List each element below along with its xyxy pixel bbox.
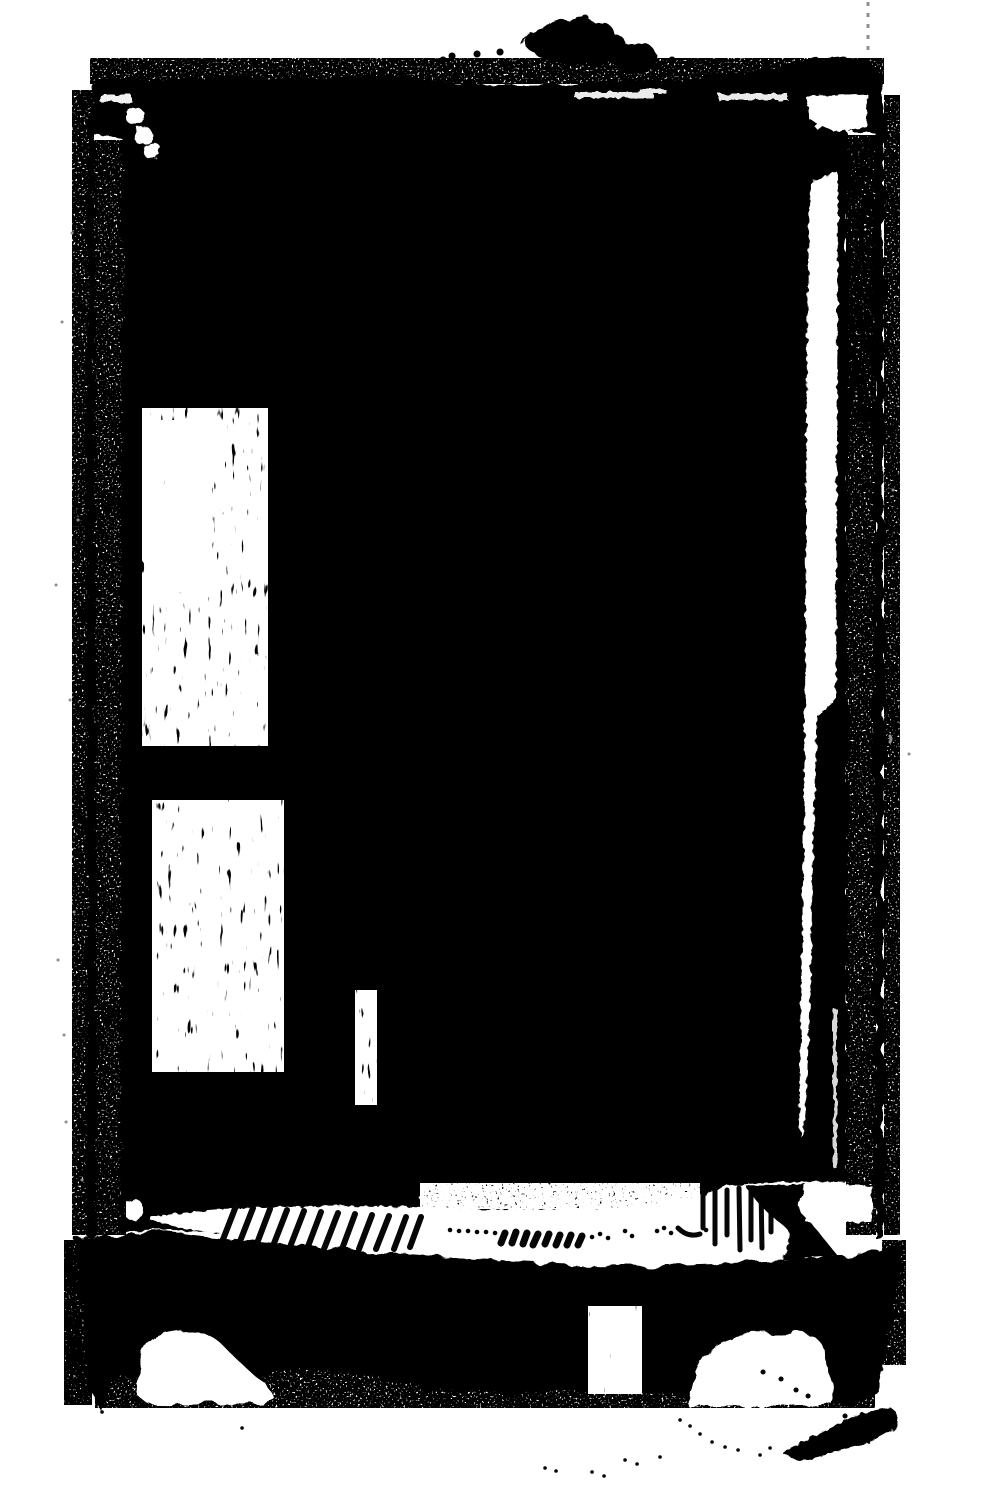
artwork <box>0 0 1000 1500</box>
channel-ink-specks-bottom <box>846 435 876 1235</box>
band-tip-blob <box>124 1199 144 1221</box>
pedestal-right-dust <box>882 1240 906 1365</box>
pedestal-speckle-column <box>588 1306 642 1394</box>
right-edge-dust <box>884 95 900 1235</box>
pedestal-left-dust <box>64 1240 92 1405</box>
right-inner-thread <box>833 1008 837 1168</box>
corner-dash-row <box>100 95 132 102</box>
stripe-ink-specks <box>92 140 126 1235</box>
channel-ink-specks-top <box>846 135 876 435</box>
top-edge-dust <box>90 58 884 84</box>
top-dash-small <box>640 89 666 93</box>
grain-wisp-center <box>355 990 377 1105</box>
grain-patch-upper-core <box>150 420 212 592</box>
top-dash-right <box>718 94 788 100</box>
print-canvas <box>0 0 1000 1500</box>
left-edge-dust <box>72 90 94 1235</box>
strip-white-dust <box>420 1183 700 1209</box>
grain-streak-bright <box>207 842 214 970</box>
